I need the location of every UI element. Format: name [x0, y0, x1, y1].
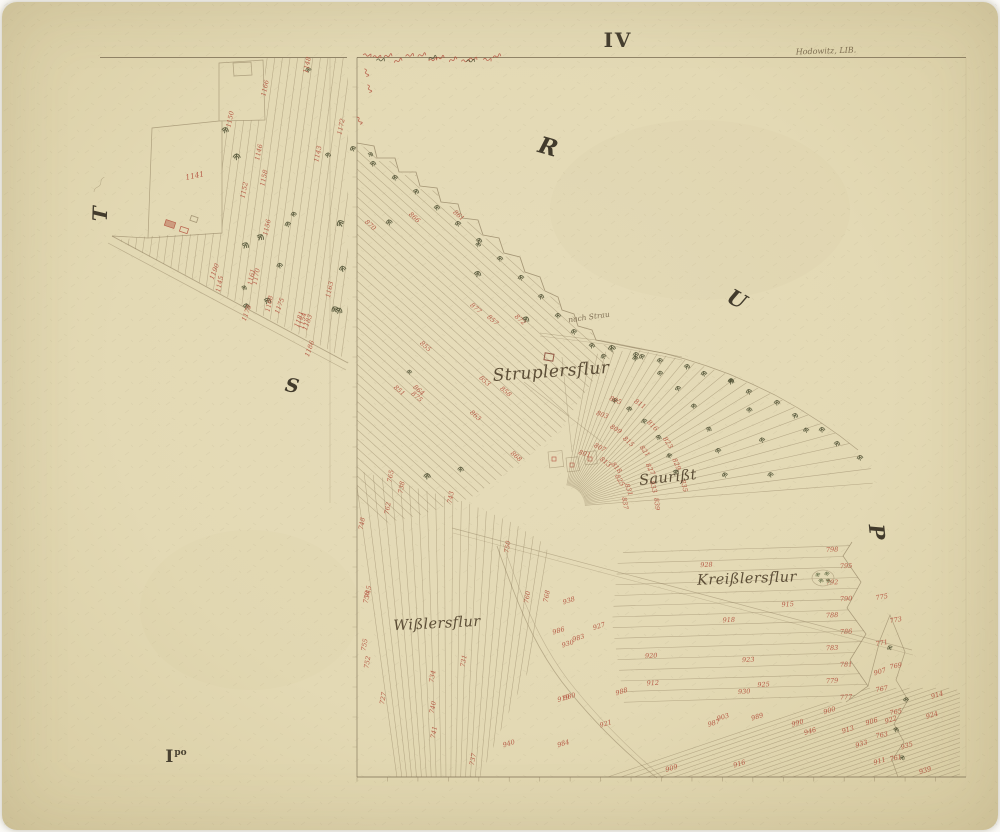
map-canvas: 1141114311451146114811501152115411561158…: [0, 0, 1000, 832]
parcel-number: 918: [722, 616, 735, 625]
corner-mark-sup: po: [174, 748, 186, 758]
parcel-number: 928: [700, 561, 713, 570]
parcel-number: 930: [738, 687, 751, 696]
parcel-number: 781: [840, 660, 853, 669]
corner-mark-base: I: [165, 747, 173, 767]
parcel-number: 790: [840, 595, 853, 604]
sheet-numeral: IV: [604, 28, 633, 52]
parcel-number: 925: [757, 680, 770, 689]
parcel-number: 783: [826, 644, 839, 653]
parcel-number: 788: [826, 611, 839, 620]
scanned-map-page: 1141114311451146114811501152115411561158…: [0, 0, 1000, 832]
parcel-number: 798: [826, 545, 839, 554]
parcel-number: 795: [840, 562, 853, 571]
sheet-corner-mark: Ipo: [165, 747, 186, 767]
parcel-number: 777: [840, 693, 854, 702]
parcel-number: 779: [826, 677, 839, 686]
parcel-number: 920: [645, 651, 658, 660]
paper-texture: [2, 2, 998, 830]
neighbor-letter-t: T: [88, 206, 113, 222]
parcel-number: 923: [742, 655, 755, 664]
parcel-number: 915: [781, 600, 794, 609]
parcel-number: 912: [646, 679, 659, 688]
parcel-number: 839: [652, 497, 661, 510]
neighbor-letter-p: P: [864, 523, 891, 541]
